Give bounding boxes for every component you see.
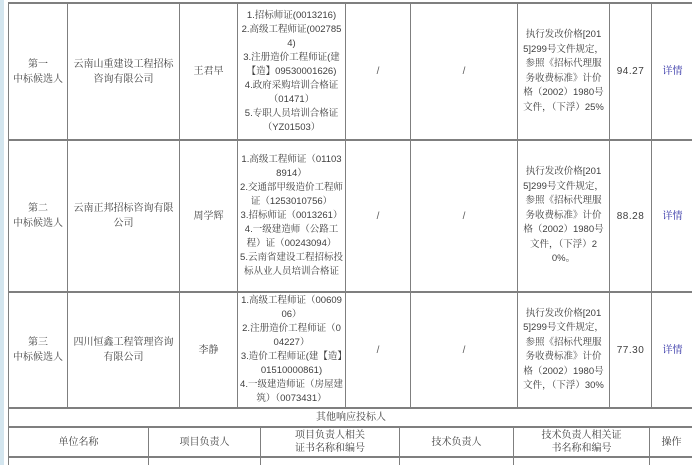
other-bidders-header-row: 单位名称 项目负责人 项目负责人相关 证书名称和编号 技术负责人 技术负责人相关… [9, 427, 692, 457]
tech-certs-cell: / [411, 140, 518, 292]
candidate-manager: 王君早 [180, 3, 238, 140]
candidate-row-1: 第一 中标候选人 云南山重建设工程招标咨询有限公司 王君早 1.招标师证(001… [9, 3, 692, 140]
tech-person-cell: / [346, 3, 411, 140]
cert-item: 2.交通部甲级造价工程师证（1253010756） [240, 181, 343, 209]
page-left-margin-strip [0, 0, 4, 465]
col-header-tech-certs: 技术负责人相关证 书名称和编号 [514, 427, 650, 457]
tech-certs-cell: / [411, 3, 518, 140]
score-cell: 94.27 [610, 3, 652, 140]
other-bidders-title-row: 其他响应投标人 [9, 408, 692, 427]
detail-link[interactable]: 详情 [663, 211, 683, 222]
col-header-manager-certs: 项目负责人相关 证书名称和编号 [261, 427, 400, 457]
col-header-action: 操作 [650, 427, 692, 457]
detail-cell: 详情 [652, 3, 692, 140]
candidate-company: 云南正邦招标咨询有限公司 [68, 140, 180, 292]
candidate-row-3: 第三 中标候选人 四川恒鑫工程管理咨询有限公司 李静 1.高级工程师证（0060… [9, 292, 692, 408]
cert-item: 5.云南省建设工程招标投标从业人员培训合格证 [240, 251, 343, 279]
empty-cell [400, 457, 514, 465]
detail-link[interactable]: 详情 [663, 345, 683, 356]
candidates-table: 第一 中标候选人 云南山重建设工程招标咨询有限公司 王君早 1.招标师证(001… [8, 2, 692, 409]
cert-item: 1.高级工程师证（011038914） [240, 153, 343, 181]
col-header-company: 单位名称 [9, 427, 149, 457]
candidate-rank: 第二 中标候选人 [9, 140, 68, 292]
fee-basis-cell: 执行发改价格[2015]299号文件规定，参照《招标代理服务收费标准》计价格（2… [518, 292, 610, 408]
empty-cell [261, 457, 400, 465]
candidate-manager: 李静 [180, 292, 238, 408]
empty-cell [514, 457, 650, 465]
fee-basis-cell: 执行发改价格[2015]299号文件规定，参照《招标代理服务收费标准》计价格（2… [518, 3, 610, 140]
cert-item: 3.招标师证（0013261） [240, 209, 343, 223]
other-bidders-table: 其他响应投标人 单位名称 项目负责人 项目负责人相关 证书名称和编号 技术负责人… [8, 407, 692, 465]
score-cell: 88.28 [610, 140, 652, 292]
tech-certs-cell: / [411, 292, 518, 408]
fee-basis-cell: 执行发改价格[2015]299号文件规定，参照《招标代理服务收费标准》计价格（2… [518, 140, 610, 292]
cert-item: 1.高级工程师证（0060906） [240, 294, 343, 322]
candidate-rank: 第一 中标候选人 [9, 3, 68, 140]
cert-item: 1.招标师证(0013216) [240, 9, 343, 23]
candidate-rank: 第三 中标候选人 [9, 292, 68, 408]
col-header-tech-person: 技术负责人 [400, 427, 514, 457]
empty-cell [149, 457, 261, 465]
empty-cell [650, 457, 692, 465]
empty-cell [9, 457, 149, 465]
other-bidders-title: 其他响应投标人 [9, 408, 692, 427]
clipped-empty-row [9, 457, 692, 465]
cert-item: 2.高级工程师证(0027854) [240, 23, 343, 51]
cert-item: 5.专职人员培训合格证（YZ01503） [240, 107, 343, 135]
score-cell: 77.30 [610, 292, 652, 408]
detail-link[interactable]: 详情 [663, 66, 683, 77]
candidate-manager-certs: 1.招标师证(0013216) 2.高级工程师证(0027854) 3.注册造价… [238, 3, 346, 140]
candidate-row-2: 第二 中标候选人 云南正邦招标咨询有限公司 周学辉 1.高级工程师证（01103… [9, 140, 692, 292]
tech-person-cell: / [346, 292, 411, 408]
candidate-manager: 周学辉 [180, 140, 238, 292]
detail-cell: 详情 [652, 292, 692, 408]
cert-item: 3.注册造价工程师证(建【造】09530001626) [240, 51, 343, 79]
cert-item: 4.一级建造师证（房屋建筑）（0073431） [240, 378, 343, 406]
candidate-company: 四川恒鑫工程管理咨询有限公司 [68, 292, 180, 408]
col-header-project-manager: 项目负责人 [149, 427, 261, 457]
cert-item: 2.注册造价工程师证（004227） [240, 322, 343, 350]
candidate-manager-certs: 1.高级工程师证（011038914） 2.交通部甲级造价工程师证（125301… [238, 140, 346, 292]
bid-candidates-table: 第一 中标候选人 云南山重建设工程招标咨询有限公司 王君早 1.招标师证(001… [8, 2, 692, 465]
detail-cell: 详情 [652, 140, 692, 292]
cert-item: 4.政府采购培训合格证（01471） [240, 79, 343, 107]
candidate-company: 云南山重建设工程招标咨询有限公司 [68, 3, 180, 140]
candidate-manager-certs: 1.高级工程师证（0060906） 2.注册造价工程师证（004227） 3.造… [238, 292, 346, 408]
cert-item: 4.一级建造师（公路工程）证（00243094） [240, 223, 343, 251]
tech-person-cell: / [346, 140, 411, 292]
cert-item: 3.造价工程师证(建【造】01510000861) [240, 350, 343, 378]
